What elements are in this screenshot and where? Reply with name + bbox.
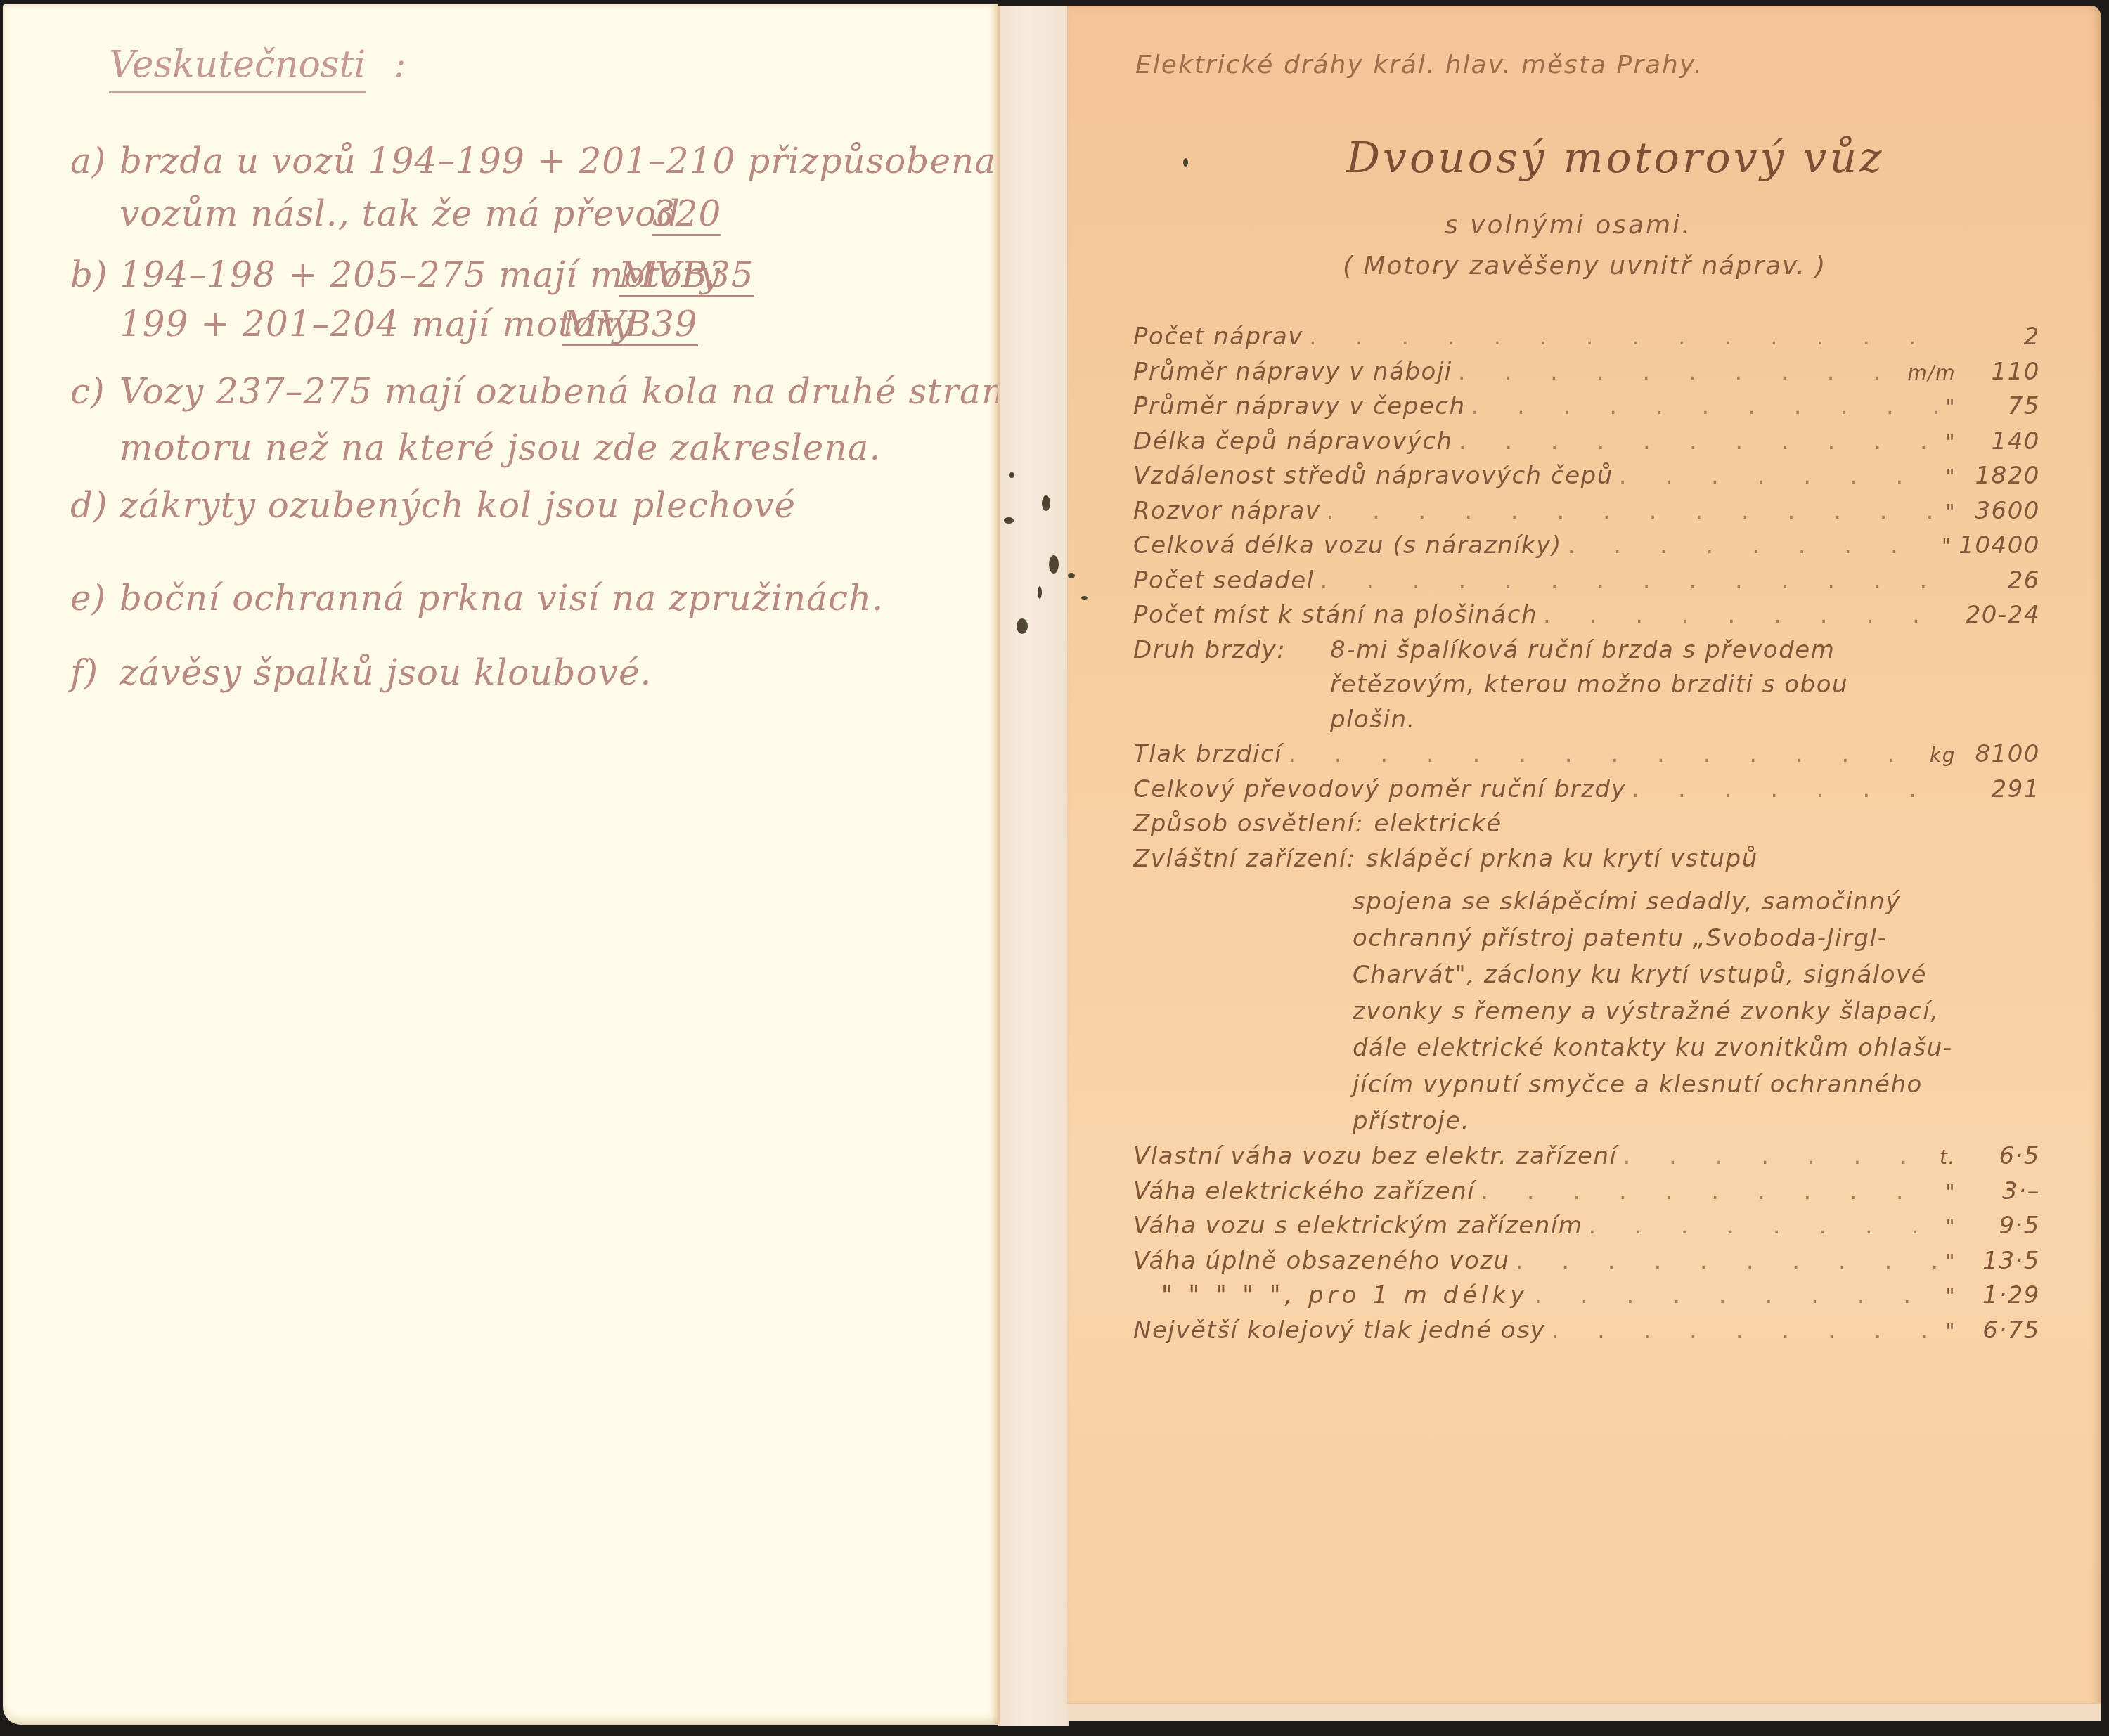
spec-value: 75 — [1963, 389, 2040, 425]
leader-dots: . . . . . . . . . . . . . . . . . . . . … — [1471, 389, 1940, 425]
spec-label: Váha úplně obsazeného vozu — [1133, 1244, 1510, 1279]
spec-label: Průměr nápravy v náboji — [1133, 355, 1452, 390]
spec-unit: " — [1946, 425, 1956, 460]
spec-label: Vzdálenost středů nápravových čepů — [1133, 459, 1613, 494]
spec-row: " " " " ", pro 1 m délky . . . . . . . .… — [1133, 1278, 2040, 1314]
special-equipment-row: Zvláštní zařízení: sklápěcí prkna ku kry… — [1133, 842, 2040, 877]
ink-dot — [1183, 158, 1188, 167]
spec-value: 9·5 — [1963, 1209, 2040, 1244]
stain-speck — [1017, 618, 1028, 634]
brake-type-label: Druh brzdy: — [1133, 633, 1330, 668]
spec-label: Rozvor náprav — [1133, 494, 1320, 529]
stain-speck — [1049, 555, 1059, 574]
spec-label: Celkový převodový poměr ruční brzdy — [1133, 772, 1626, 808]
page-note: ( Motory zavěšeny uvnitř náprav. ) — [1343, 252, 1826, 280]
right-page-bottom-edge — [1067, 1703, 2101, 1721]
spec-row: Váha úplně obsazeného vozu . . . . . . .… — [1133, 1244, 2040, 1279]
spec-label: Počet sedadel — [1133, 564, 1315, 599]
spec-unit: " — [1946, 390, 1956, 425]
spec-label: Celková délka vozu (s nárazníky) — [1133, 529, 1562, 564]
spec-value: 26 — [1963, 564, 2040, 599]
leader-dots: . . . . . . . . . . . . . . . . . . . . … — [1309, 320, 1950, 355]
special-equipment-continuation: spojena se sklápěcími sedadly, samočinný… — [1133, 876, 2040, 1139]
leader-dots: . . . . . . . . . . . . . . . . . . . . … — [1481, 1174, 1940, 1210]
special-equipment-first-line: sklápěcí prkna ku krytí vstupů — [1366, 842, 1758, 877]
note-a-line-2: vozům násl., tak že má převod — [120, 193, 680, 234]
spec-unit: " — [1946, 1314, 1956, 1349]
left-page-heading: Veskutečnosti — [109, 44, 366, 93]
note-d-line-1: zákryty ozubených kol jsou plechové — [120, 485, 796, 526]
spec-label: Vlastní váha vozu bez elektr. zařízení — [1133, 1139, 1617, 1174]
lighting-row: Způsob osvětlení: elektrické — [1133, 807, 2040, 842]
spec-label: Délka čepů nápravových — [1133, 425, 1453, 460]
leader-dots: . . . . . . . . . . . . . . . . . . . . … — [1534, 1278, 1940, 1314]
specification-table: Počet náprav . . . . . . . . . . . . . .… — [1133, 320, 2040, 1348]
left-page-heading-colon: : — [394, 44, 406, 86]
leader-dots: . . . . . . . . . . . . . . . . . . . . … — [1551, 1314, 1940, 1349]
note-e-marker: e) — [70, 578, 106, 618]
spec-value: 8100 — [1963, 737, 2040, 772]
spec-row: Délka čepů nápravových . . . . . . . . .… — [1133, 425, 2040, 460]
lighting-value: elektrické — [1374, 807, 1502, 842]
stain-speck — [1004, 517, 1014, 524]
special-equipment-line: dále elektrické kontakty ku zvonitkům oh… — [1353, 1030, 2040, 1066]
spec-unit: " — [1946, 460, 1956, 495]
note-c-line-1: Vozy 237–275 mají ozubená kola na druhé … — [120, 371, 1026, 412]
spec-row: Největší kolejový tlak jedné osy . . . .… — [1133, 1314, 2040, 1349]
spec-row: Vlastní váha vozu bez elektr. zařízení .… — [1133, 1139, 2040, 1174]
stain-speck — [1038, 586, 1042, 599]
spec-value: 3·– — [1963, 1174, 2040, 1210]
leader-dots: . . . . . . . . . . . . . . . . . . . . … — [1326, 494, 1940, 529]
spec-label: Největší kolejový tlak jedné osy — [1133, 1314, 1545, 1349]
stain-speck — [1068, 573, 1075, 578]
leader-dots: . . . . . . . . . . . . . . . . . . . . … — [1568, 529, 1936, 564]
spec-value: 13·5 — [1963, 1244, 2040, 1279]
note-f-line-1: závěsy špalků jsou kloubové. — [120, 652, 652, 693]
spec-value: 2 — [1963, 320, 2040, 355]
spec-row: Celková délka vozu (s nárazníky) . . . .… — [1133, 529, 2040, 564]
spec-unit: " — [1946, 1245, 1956, 1280]
spec-value: 6·5 — [1963, 1139, 2040, 1174]
brake-type-line-2: řetězovým, kterou možno brzditi s obou — [1330, 668, 2040, 703]
note-c-marker: c) — [70, 371, 105, 412]
special-equipment-line: přístroje. — [1353, 1103, 2040, 1139]
spec-row: Váha vozu s elektrickým zařízením . . . … — [1133, 1209, 2040, 1244]
leader-dots: . . . . . . . . . . . . . . . . . . . . … — [1459, 425, 1940, 460]
note-a-marker: a) — [70, 141, 106, 181]
note-b-motor-2: MVB39 — [562, 304, 698, 346]
company-header: Elektrické dráhy král. hlav. města Prahy… — [1135, 51, 1703, 79]
spec-value: 1·29 — [1963, 1278, 2040, 1314]
leader-dots: . . . . . . . . . . . . . . . . . . . . … — [1320, 564, 1950, 599]
note-f-marker: f) — [70, 652, 98, 693]
special-equipment-label: Zvláštní zařízení: — [1133, 842, 1356, 877]
spec-unit: " — [1942, 529, 1952, 564]
spec-unit: " — [1946, 1210, 1956, 1245]
spec-unit: kg — [1930, 738, 1956, 773]
leader-dots: . . . . . . . . . . . . . . . . . . . . … — [1632, 772, 1950, 808]
page-title: Dvouosý motorový vůz — [1346, 134, 1885, 183]
spec-value: 3600 — [1963, 494, 2040, 529]
leader-dots: . . . . . . . . . . . . . . . . . . . . … — [1619, 459, 1940, 494]
spec-row: Vzdálenost středů nápravových čepů . . .… — [1133, 459, 2040, 494]
lighting-label: Způsob osvětlení: — [1133, 807, 1365, 842]
leader-dots: . . . . . . . . . . . . . . . . . . . . … — [1543, 598, 1950, 633]
special-equipment-line: zvonky s řemeny a výstražné zvonky šlapa… — [1353, 993, 2040, 1030]
spec-row: Počet náprav . . . . . . . . . . . . . .… — [1133, 320, 2040, 355]
spec-row: Průměr nápravy v čepech . . . . . . . . … — [1133, 389, 2040, 425]
spec-unit: " — [1946, 1279, 1956, 1314]
leader-dots: . . . . . . . . . . . . . . . . . . . . … — [1516, 1244, 1940, 1279]
leader-dots: . . . . . . . . . . . . . . . . . . . . … — [1458, 355, 1902, 390]
spec-value: 1820 — [1963, 459, 2040, 494]
special-equipment-line: ochranný přístroj patentu „Svoboda-Jirgl… — [1353, 920, 2040, 957]
leader-dots: . . . . . . . . . . . . . . . . . . . . … — [1623, 1139, 1934, 1174]
spec-row: Rozvor náprav . . . . . . . . . . . . . … — [1133, 494, 2040, 529]
stain-speck — [1042, 495, 1050, 511]
book-spine-binding — [998, 6, 1069, 1726]
spec-unit: " — [1946, 1175, 1956, 1210]
spec-unit: " — [1946, 495, 1956, 530]
spec-row: Celkový převodový poměr ruční brzdy . . … — [1133, 772, 2040, 808]
special-equipment-line: jícím vypnutí smyčce a klesnutí ochranné… — [1353, 1066, 2040, 1103]
brake-type-line-1: 8-mi špalíková ruční brzda s převodem — [1330, 633, 1835, 668]
spec-label: Tlak brzdicí — [1133, 737, 1282, 772]
leader-dots: . . . . . . . . . . . . . . . . . . . . … — [1288, 737, 1924, 772]
special-equipment-line: spojena se sklápěcími sedadly, samočinný — [1353, 883, 2040, 920]
spec-row: Váha elektrického zařízení . . . . . . .… — [1133, 1174, 2040, 1210]
note-a-line-1: brzda u vozů 194–199 + 201–210 přizpůsob… — [120, 141, 1052, 181]
spec-label: Počet náprav — [1133, 320, 1303, 355]
spec-unit: t. — [1940, 1140, 1956, 1175]
brake-type-continuation: řetězovým, kterou možno brzditi s obou p… — [1133, 668, 2040, 737]
leader-dots: . . . . . . . . . . . . . . . . . . . . … — [1588, 1209, 1940, 1244]
spec-value: 10400 — [1959, 529, 2040, 564]
brake-type-row: Druh brzdy: 8-mi špalíková ruční brzda s… — [1133, 633, 2040, 668]
spec-label: Váha vozu s elektrickým zařízením — [1133, 1209, 1582, 1244]
spec-value: 6·75 — [1963, 1314, 2040, 1349]
spec-value: 20-24 — [1963, 598, 2040, 633]
spec-label: " " " " ", pro 1 m délky — [1133, 1278, 1528, 1314]
spec-row: Průměr nápravy v náboji . . . . . . . . … — [1133, 355, 2040, 390]
spec-row: Tlak brzdicí . . . . . . . . . . . . . .… — [1133, 737, 2040, 772]
note-c-line-2: motoru než na které jsou zde zakreslena. — [120, 427, 881, 468]
brake-type-line-3: plošin. — [1330, 703, 2040, 738]
stain-speck — [1009, 472, 1014, 478]
note-b-line-2: 199 + 201–204 mají motory — [120, 304, 633, 344]
page-subtitle: s volnými osami. — [1445, 211, 1692, 240]
note-e-line-1: boční ochranná prkna visí na zpružinách. — [120, 578, 884, 618]
spec-label: Počet míst k stání na plošinách — [1133, 598, 1537, 633]
spec-label: Průměr nápravy v čepech — [1133, 389, 1465, 425]
note-d-marker: d) — [70, 485, 108, 526]
spec-unit: m/m — [1908, 356, 1956, 391]
stain-speck — [1081, 596, 1088, 600]
spec-value: 110 — [1963, 355, 2040, 390]
note-b-marker: b) — [70, 254, 108, 295]
special-equipment-line: Charvát", záclony ku krytí vstupů, signá… — [1353, 957, 2040, 993]
spec-value: 291 — [1963, 772, 2040, 808]
spec-row: Počet míst k stání na plošinách . . . . … — [1133, 598, 2040, 633]
spec-label: Váha elektrického zařízení — [1133, 1174, 1475, 1210]
note-a-ratio: 320 — [652, 193, 721, 236]
note-b-motor-1: MVB35 — [619, 254, 754, 297]
spec-value: 140 — [1963, 425, 2040, 460]
spec-row: Počet sedadel . . . . . . . . . . . . . … — [1133, 564, 2040, 599]
